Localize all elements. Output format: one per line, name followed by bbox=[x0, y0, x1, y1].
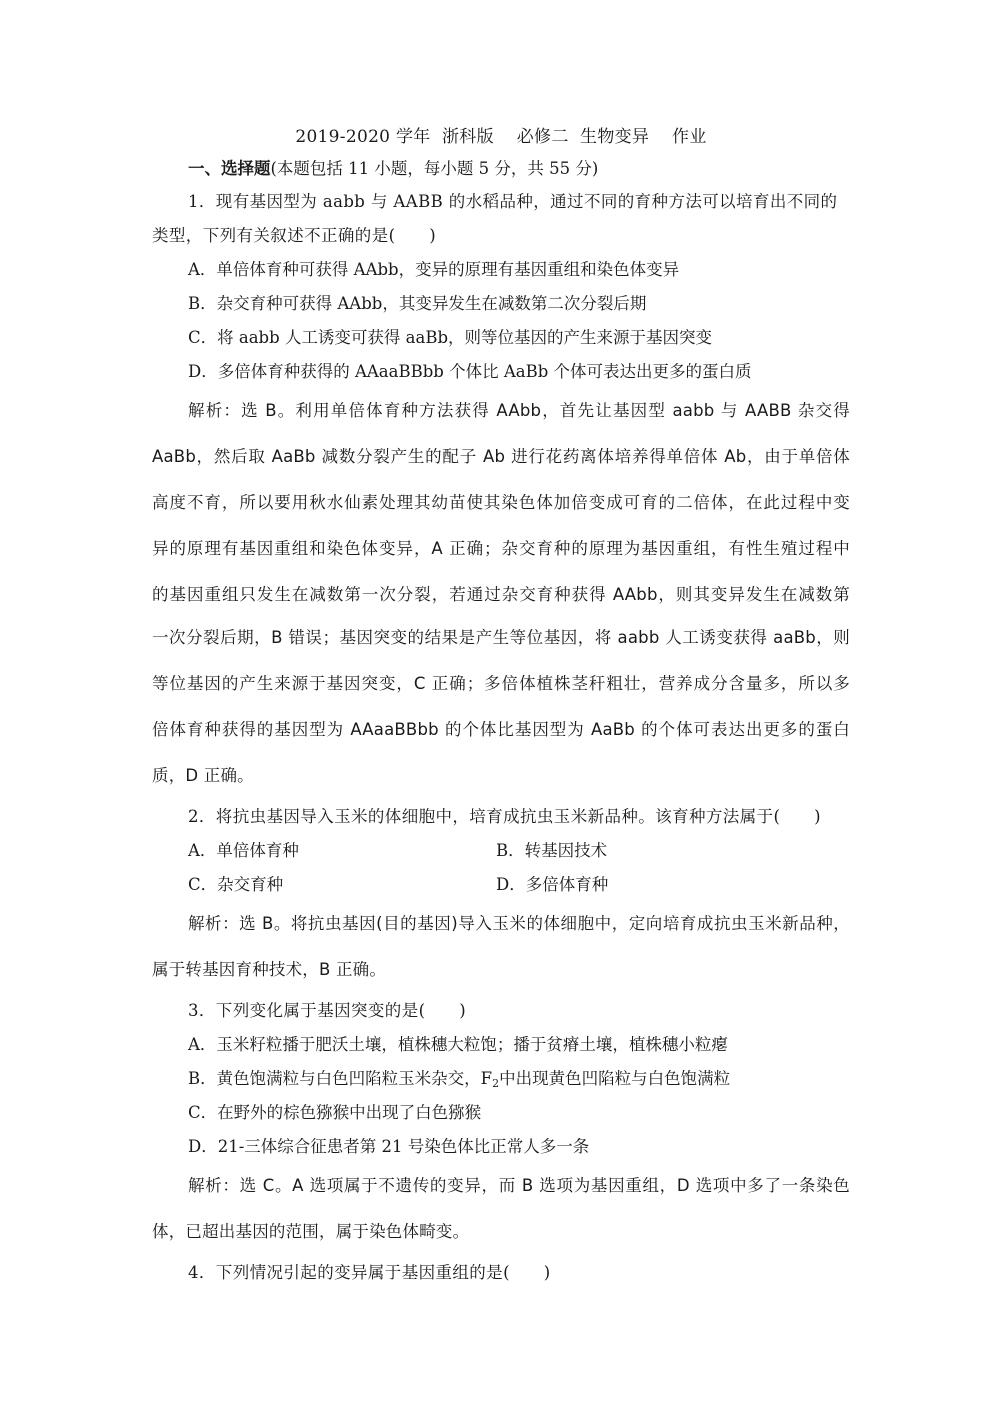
option-row: C．杂交育种 D．多倍体育种 bbox=[188, 874, 850, 896]
explanation-line: 倍体育种获得的基因型为 AAaaBBbb 的个体比基因型为 AaBb 的个体可表… bbox=[152, 719, 850, 741]
question-stem-line: 3．下列变化属于基因突变的是( ) bbox=[188, 1000, 850, 1022]
option-b-tail: 中出现黄色凹陷粒与白色饱满粒 bbox=[499, 1069, 730, 1088]
section-heading-bold: 一、选择题 bbox=[188, 159, 271, 178]
section-heading-note: (本题包括 11 小题，每小题 5 分，共 55 分) bbox=[271, 159, 599, 178]
question-stem-line: 2．将抗虫基因导入玉米的体细胞中，培育成抗虫玉米新品种。该育种方法属于( ) bbox=[188, 806, 850, 828]
option-d: D．多倍体育种 bbox=[496, 874, 608, 896]
explanation-line: 属于转基因育种技术，B 正确。 bbox=[152, 959, 850, 981]
section-heading: 一、选择题(本题包括 11 小题，每小题 5 分，共 55 分) bbox=[188, 158, 850, 180]
question-stem-line: 1．现有基因型为 aabb 与 AABB 的水稻品种，通过不同的育种方法可以培育… bbox=[188, 191, 850, 213]
explanation-line: 高度不育，所以要用秋水仙素处理其幼苗使其染色体加倍变成可育的二倍体，在此过程中变 bbox=[152, 492, 850, 514]
question-stem-line: 4．下列情况引起的变异属于基因重组的是( ) bbox=[188, 1262, 850, 1284]
option-a: A．玉米籽粒播于肥沃土壤，植株穗大粒饱；播于贫瘠土壤，植株穗小粒瘪 bbox=[188, 1034, 850, 1056]
explanation-line: 解析：选 B。利用单倍体育种方法获得 AAbb，首先让基因型 aabb 与 AA… bbox=[188, 400, 850, 422]
option-c: C．杂交育种 bbox=[188, 875, 283, 894]
explanation-line: AaBb，然后取 AaBb 减数分裂产生的配子 Ab 进行花药离体培养得单倍体 … bbox=[152, 446, 850, 468]
option-c: C．在野外的棕色猕猴中出现了白色猕猴 bbox=[188, 1102, 850, 1124]
option-b: B．杂交育种可获得 AAbb，其变异发生在减数第二次分裂后期 bbox=[188, 293, 850, 315]
option-b-text: B．黄色饱满粒与白色凹陷粒玉米杂交，F bbox=[188, 1069, 492, 1088]
option-b: B．转基因技术 bbox=[496, 840, 607, 862]
question-stem-line: 类型，下列有关叙述不正确的是( ) bbox=[152, 225, 850, 247]
explanation-line: 解析：选 C。A 选项属于不遗传的变异，而 B 选项为基因重组，D 选项中多了一… bbox=[188, 1175, 850, 1197]
option-row: A．单倍体育种 B．转基因技术 bbox=[188, 840, 850, 862]
explanation-line: 解析：选 B。将抗虫基因(目的基因)导入玉米的体细胞中，定向培育成抗虫玉米新品种… bbox=[188, 913, 850, 935]
explanation-line: 等位基因的产生来源于基因突变，C 正确；多倍体植株茎秆粗壮，营养成分含量多，所以… bbox=[152, 673, 850, 695]
explanation-line: 异的原理有基因重组和染色体变异，A 正确；杂交育种的原理为基因重组，有性生殖过程… bbox=[152, 538, 850, 560]
document-title: 2019-2020 学年 浙科版 必修二 生物变异 作业 bbox=[152, 122, 850, 147]
explanation-line: 体，已超出基因的范围，属于染色体畸变。 bbox=[152, 1221, 850, 1243]
explanation-line: 一次分裂后期，B 错误；基因突变的结果是产生等位基因，将 aabb 人工诱变获得… bbox=[152, 627, 850, 649]
option-c: C．将 aabb 人工诱变可获得 aaBb，则等位基因的产生来源于基因突变 bbox=[188, 327, 850, 349]
option-d: D．多倍体育种获得的 AAaaBBbb 个体比 AaBb 个体可表达出更多的蛋白… bbox=[188, 361, 850, 383]
explanation-line: 的基因重组只发生在减数第一次分裂，若通过杂交育种获得 AAbb，则其变异发生在减… bbox=[152, 584, 850, 606]
option-d: D．21-三体综合征患者第 21 号染色体比正常人多一条 bbox=[188, 1136, 850, 1158]
option-a: A．单倍体育种 bbox=[188, 841, 299, 860]
explanation-line: 质，D 正确。 bbox=[152, 765, 850, 787]
option-b: B．黄色饱满粒与白色凹陷粒玉米杂交，F2中出现黄色凹陷粒与白色饱满粒 bbox=[188, 1068, 850, 1090]
option-a: A．单倍体育种可获得 AAbb，变异的原理有基因重组和染色体变异 bbox=[188, 259, 850, 281]
